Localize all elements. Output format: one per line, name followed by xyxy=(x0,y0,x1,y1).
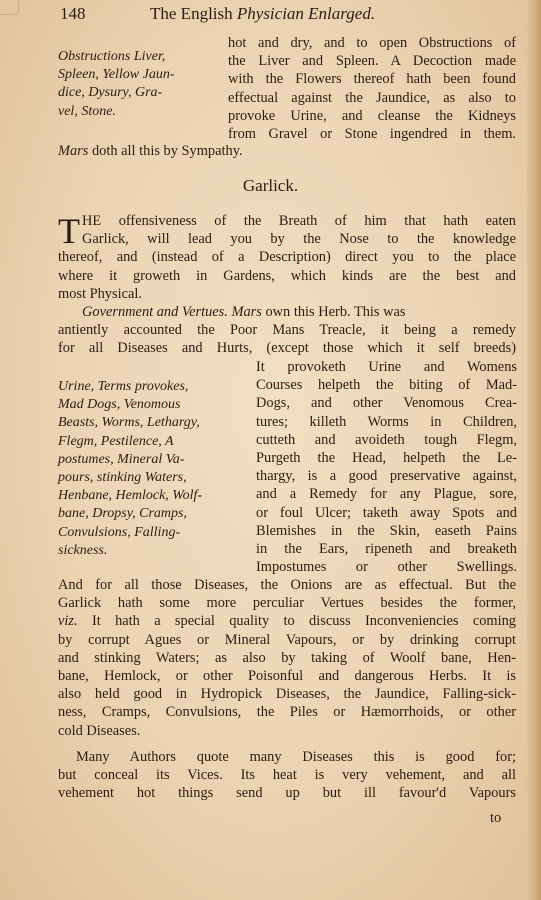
onions-paragraph: And for all those Diseases, the Onions a… xyxy=(58,576,516,740)
middle-text-column: It provoketh Urine and Womens Courses he… xyxy=(256,358,517,576)
planet-name: Mars xyxy=(58,143,88,159)
text-line: Courses helpeth the biting of Mad- xyxy=(256,376,517,394)
text-line: Government and Vertues. Mars own this He… xyxy=(58,303,516,321)
planet-name: Mars xyxy=(231,304,261,320)
text-line: Garlick, will lead you by the Nose to th… xyxy=(58,230,516,248)
marginal-note-top: Obstructions Liver, Spleen, Yellow Jaun-… xyxy=(58,48,218,121)
vices-paragraph: Many Authors quote many Diseases this is… xyxy=(58,748,516,803)
text-line: vehement hot things send up but ill favo… xyxy=(58,784,516,802)
text-line: provoke Urine, and cleanse the Kidneys xyxy=(228,107,516,125)
text-line: thargy, is a good preservative against, xyxy=(256,467,517,485)
marginal-line: Urine, Terms provokes, xyxy=(58,378,240,396)
marginal-line: vel, Stone. xyxy=(58,103,218,121)
government-paragraph: Government and Vertues. Mars own this He… xyxy=(58,303,516,358)
text-line: Dogs, and other Venomous Crea- xyxy=(256,394,517,412)
text-line: Many Authors quote many Diseases this is… xyxy=(58,748,516,766)
text-line: Purgeth the Head, helpeth the Le- xyxy=(256,449,517,467)
text-line: or foul Ulcer; taketh away Spots and xyxy=(256,504,517,522)
viz-abbrev: viz. xyxy=(58,613,78,629)
text-line: by corrupt Agues or Mineral Vapours, or … xyxy=(58,631,516,649)
government-label: Government and Vertues. xyxy=(82,304,228,320)
text-line: in the Ears, ripeneth and breaketh xyxy=(256,540,517,558)
text-line: the Liver and Spleen. A Decoction made xyxy=(228,52,516,70)
sympathy-line: Mars doth all this by Sympathy. xyxy=(58,142,518,160)
marginal-line: Henbane, Hemlock, Wolf- xyxy=(58,487,240,505)
marginal-line: bane, Dropsy, Cramps, xyxy=(58,505,240,523)
marginal-line: Beasts, Worms, Lethargy, xyxy=(58,414,240,432)
viz-text: It hath a special quality to discuss Inc… xyxy=(92,613,516,629)
top-text-column: hot and dry, and to open Obstructions of… xyxy=(228,34,516,143)
text-line: tures; killeth Worms in Children, xyxy=(256,413,517,431)
text-line: and a Remedy for any Plague, sore, xyxy=(256,485,517,503)
text-line: effectual against the Jaundice, as also … xyxy=(228,89,516,107)
text-line: and stinking Waters; as also by taking o… xyxy=(58,649,516,667)
page-number: 148 xyxy=(60,4,86,24)
text-line: And for all those Diseases, the Onions a… xyxy=(58,576,516,594)
text-line: from Gravel or Stone ingendred in them. xyxy=(228,125,516,143)
text-line: hot and dry, and to open Obstructions of xyxy=(228,34,516,52)
text-line: ness, Cramps, Convulsions, the Piles or … xyxy=(58,703,516,721)
running-title-italic: Physician Enlarged. xyxy=(237,4,375,23)
government-text: own this Herb. This was xyxy=(262,304,406,320)
text-line: viz. It hath a special quality to discus… xyxy=(58,612,516,630)
marginal-line: sickness. xyxy=(58,542,240,560)
text-line: bane, Hemlock, or other Poisonful and da… xyxy=(58,667,516,685)
marginal-line: Convulsions, Falling- xyxy=(58,524,240,542)
page-edge xyxy=(527,0,541,900)
text-line: It provoketh Urine and Womens xyxy=(256,358,517,376)
text-line: for all Diseases and Hurts, (except thos… xyxy=(58,339,516,357)
text-line: with the Flowers thereof hath been found xyxy=(228,70,516,88)
text-line: cold Diseases. xyxy=(58,722,516,740)
text-line: HE offensiveness of the Breath of him th… xyxy=(58,212,516,230)
section-heading: Garlick. xyxy=(0,176,541,196)
marginal-note-middle: Urine, Terms provokes, Mad Dogs, Venomou… xyxy=(58,378,240,560)
text-line: cutteth and avoideth tough Flegm, xyxy=(256,431,517,449)
text-line: Garlick hath some more perculiar Vertues… xyxy=(58,594,516,612)
text-line: but conceal its Vices. Its heat is very … xyxy=(58,766,516,784)
marginal-line: Flegm, Pestilence, A xyxy=(58,433,240,451)
book-page: 148 The English Physician Enlarged. Obst… xyxy=(0,0,541,900)
intro-paragraph: HE offensiveness of the Breath of him th… xyxy=(58,212,516,303)
marginal-line: Mad Dogs, Venomous xyxy=(58,396,240,414)
text-line: Blemishes in the Skin, easeth Pains xyxy=(256,522,517,540)
marginal-line: Spleen, Yellow Jaun- xyxy=(58,66,218,84)
running-head: 148 The English Physician Enlarged. xyxy=(60,4,500,26)
catchword: to xyxy=(490,810,501,827)
marginal-line: Obstructions Liver, xyxy=(58,48,218,66)
page-corner-fold xyxy=(0,0,19,15)
marginal-line: dice, Dysury, Gra- xyxy=(58,84,218,102)
sympathy-text: doth all this by Sympathy. xyxy=(88,143,242,159)
text-line: also held good in Hydropick Diseases, th… xyxy=(58,685,516,703)
marginal-line: pours, stinking Waters, xyxy=(58,469,240,487)
text-line: where it groweth in Gardens, which kinds… xyxy=(58,267,516,285)
marginal-line: postumes, Mineral Va- xyxy=(58,451,240,469)
text-line: thereof, and (instead of a Description) … xyxy=(58,248,516,266)
text-line: Impostumes or other Swellings. xyxy=(256,558,517,576)
running-title-roman: The English xyxy=(150,4,233,23)
running-title: The English Physician Enlarged. xyxy=(150,4,375,24)
text-line: antiently accounted the Poor Mans Treacl… xyxy=(58,321,516,339)
text-line: most Physical. xyxy=(58,285,516,303)
